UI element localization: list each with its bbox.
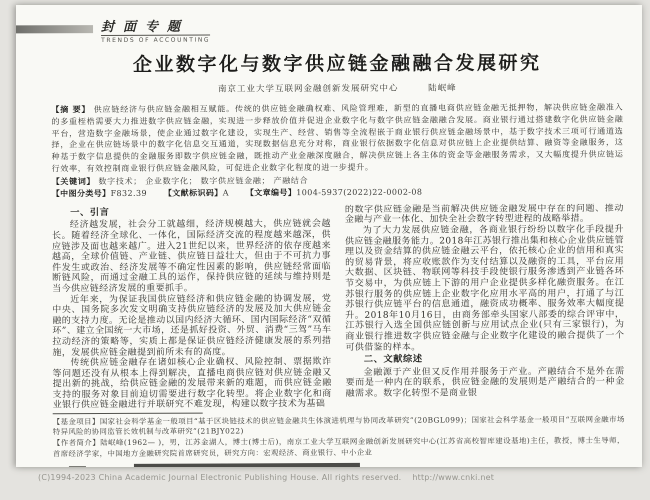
page-number: 2 — [69, 466, 86, 467]
article-number-value: 1004-5937(2022)22-0002-08 — [296, 188, 422, 198]
article-title: 企业数字化与数字供应链金融融合发展研究 — [51, 48, 623, 77]
clc-value: F832.39 — [111, 189, 147, 198]
page-content: 封面专题 TRENDS OF ACCOUNTING 企业数字化与数字供应链金融融… — [51, 14, 625, 467]
keywords-label: 【关键词】 — [52, 176, 96, 186]
section-heading-introduction: 一、引言 — [52, 207, 331, 219]
document-code-label: 【文献标识码】 — [164, 188, 223, 198]
clc-label: 【中图分类号】 — [52, 188, 111, 198]
author-name: 陆岷峰 — [428, 83, 457, 93]
footnote-author-bio: 【作者简介】陆岷峰(1962— )，男，江苏金湖人，博士(博士后)，南京工业大学… — [53, 436, 625, 460]
page-footer: 2 会计之友 2022 年 第 22 期 — [53, 462, 625, 467]
abstract-text: 供应链经济与供应链金融相互赋能。传统的供应链金融确权难、风险管理难，新型的直播电… — [51, 103, 623, 173]
author-affiliation: 南京工业大学互联网金融创新发展研究中心 — [218, 84, 399, 95]
section-title-english: TRENDS OF ACCOUNTING — [101, 35, 210, 44]
paragraph: 为了大力发展供应链金融，各商业银行纷纷以数字化手段提升供应链金融服务能力。201… — [345, 225, 625, 353]
paragraph: 经济越发展，社会分工就越细，经济规模越大，供应链就会越长。随着经济全球化、一体化… — [52, 219, 331, 294]
paragraph: 近年来，为保证我国供应链经济和供应链金融的协调发展，党中央、国务院多次发文明确支… — [52, 294, 331, 359]
footnotes: 【基金项目】国家社会科学基金一般项目“基于区块链技术的供应链金融共生体演进机理与… — [53, 411, 625, 460]
author-line: 南京工业大学互联网金融创新发展研究中心 陆岷峰 — [51, 81, 623, 95]
clc-number: 【中图分类号】F832.39 — [52, 189, 147, 198]
article-number-label: 【文章编号】 — [246, 187, 296, 197]
article-number: 【文章编号】1004-5937(2022)22-0002-08 — [246, 188, 423, 198]
right-column: 的数字供应链金融是当前解决供应链金融发展中存在的问题、推动金融与产业一体化、加快… — [345, 204, 625, 409]
section-heading-literature-review: 二、文献综述 — [345, 354, 624, 366]
paragraph-continuation: 的数字供应链金融是当前解决供应链金融发展中存在的问题、推动金融与产业一体化、加快… — [345, 204, 624, 226]
footnote-fund-project: 【基金项目】国家社会科学基金一般项目“基于区块链技术的供应链金融共生体演进机理与… — [53, 415, 625, 439]
cnki-copyright-line: (C)1994-2023 China Academic Journal Elec… — [38, 472, 638, 483]
abstract-label: 【摘 要】 — [51, 104, 90, 114]
keywords-text: 数字技术； 企业数字化； 数字供应链金融； 产融结合 — [98, 176, 308, 186]
section-title: 封面专题 — [101, 16, 210, 35]
paragraph: 传统供应链金融存在诸如核心企业确权、风险控制、票据欺诈等问题还没有从根本上得到解… — [52, 357, 331, 410]
journal-section-header: 封面专题 TRENDS OF ACCOUNTING — [51, 14, 623, 42]
journal-issue-bar: 会计之友 2022 年 第 22 期 — [134, 463, 360, 467]
section-title-group: 封面专题 TRENDS OF ACCOUNTING — [101, 16, 210, 44]
article-meta: 【中图分类号】F832.39 【文献标识码】A 【文章编号】1004-5937(… — [52, 186, 624, 200]
header-accent-bar — [16, 25, 93, 33]
document-code: 【文献标识码】A — [164, 189, 229, 198]
footnote-separator — [53, 412, 203, 414]
document-code-value: A — [223, 189, 229, 198]
left-column: 一、引言 经济越发展，社会分工就越细，经济规模越大，供应链就会越长。随着经济全球… — [52, 205, 332, 410]
scanned-page: 封面专题 TRENDS OF ACCOUNTING 企业数字化与数字供应链金融融… — [16, 5, 642, 467]
paragraph: 金融源于产业但又反作用并服务于产业。产融结合不是外在需要而是一种内在的联系，供应… — [346, 366, 625, 399]
body-columns: 一、引言 经济越发展，社会分工就越细，经济规模越大，供应链就会越长。随着经济全球… — [52, 204, 625, 410]
abstract: 【摘 要】 供应链经济与供应链金融相互赋能。传统的供应链金融确权难、风险管理难，… — [51, 102, 623, 175]
